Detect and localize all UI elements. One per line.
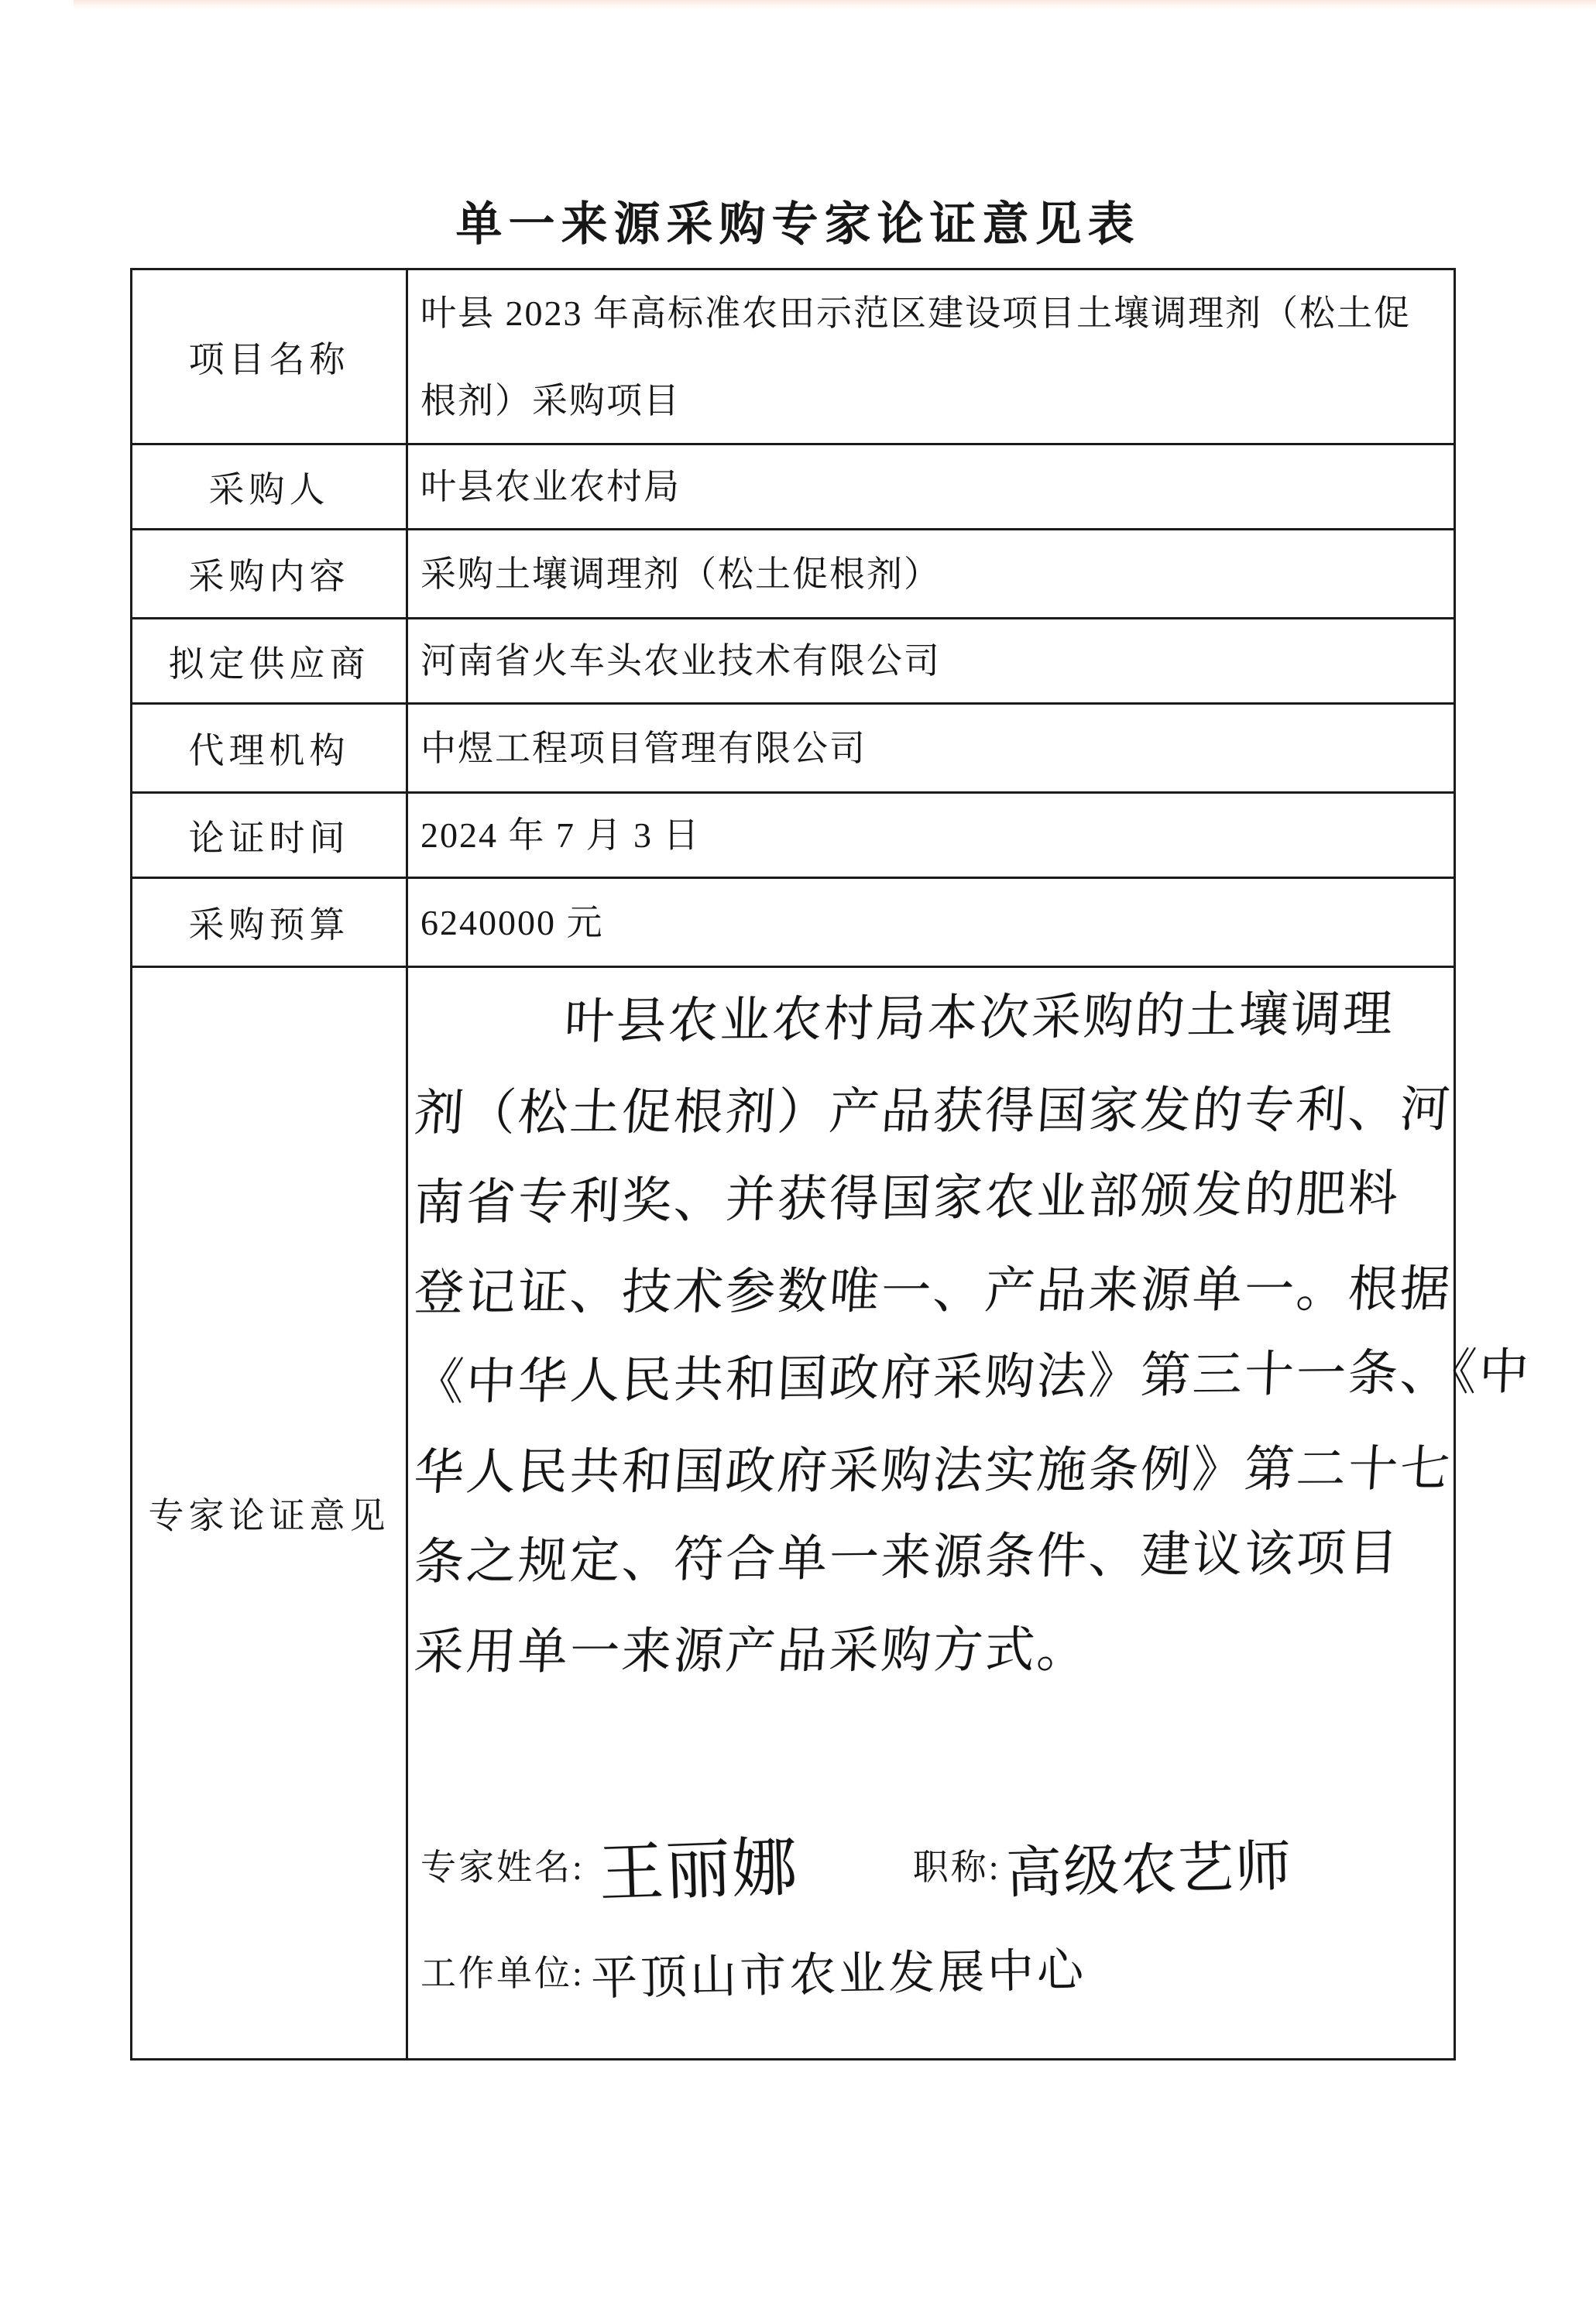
table-row-agency: 代理机构 中煜工程项目管理有限公司 — [132, 705, 1454, 794]
table-row-proposed-supplier: 拟定供应商 河南省火车头农业技术有限公司 — [132, 619, 1454, 705]
handwriting-line: 华人民共和国政府采购法实施条例》第二十七 — [411, 1424, 1483, 1518]
purchaser-value: 叶县农业农村局 — [420, 443, 1446, 530]
row-value: 6240000 元 — [408, 879, 1454, 966]
scanned-document-page: 单一来源采购专家论证意见表 项目名称 叶县 2023 年高标准农田示范区建设项目… — [0, 0, 1596, 2323]
signature-row-name-title: 专家姓名: 王丽娜 职称: 高级农艺师 — [420, 1818, 1292, 1911]
row-value: 河南省火车头农业技术有限公司 — [408, 619, 1454, 702]
row-label: 采购人 — [132, 445, 408, 528]
project-name-line-2: 根剂）采购项目 — [420, 357, 1446, 444]
handwriting-line: 采用单一来源产品采购方式。 — [411, 1604, 1483, 1697]
expert-opinion-cell: 叶县农业农村局本次采购的土壤调理 剂（松土促根剂）产品获得国家发的专利、河 南省… — [408, 968, 1454, 2058]
row-value: 叶县农业农村局 — [408, 445, 1454, 528]
handwritten-opinion-text: 叶县农业农村局本次采购的土壤调理 剂（松土促根剂）产品获得国家发的专利、河 南省… — [414, 979, 1480, 1697]
work-unit-handwritten: 平顶山市农业发展中心 — [590, 1933, 1086, 2008]
job-title-label: 职称: — [913, 1839, 1001, 1890]
row-value: 2024 年 7 月 3 日 — [408, 794, 1454, 877]
row-label: 论证时间 — [132, 794, 408, 877]
expert-name-signature: 王丽娜 — [597, 1814, 800, 1915]
proposed-supplier-value: 河南省火车头农业技术有限公司 — [420, 617, 1446, 705]
opinion-form-table: 项目名称 叶县 2023 年高标准农田示范区建设项目土壤调理剂（松土促 根剂）采… — [130, 268, 1456, 2061]
table-row-project-name: 项目名称 叶县 2023 年高标准农田示范区建设项目土壤调理剂（松土促 根剂）采… — [132, 270, 1454, 445]
row-label: 代理机构 — [132, 705, 408, 791]
row-label: 采购预算 — [132, 879, 408, 966]
table-row-expert-opinion: 专家论证意见 叶县农业农村局本次采购的土壤调理 剂（松土促根剂）产品获得国家发的… — [132, 968, 1454, 2058]
row-label: 拟定供应商 — [132, 619, 408, 702]
row-value: 采购土壤调理剂（松土促根剂） — [408, 530, 1454, 617]
handwriting-line: 南省专利奖、并获得国家农业部颁发的肥料 — [413, 1148, 1482, 1248]
handwriting-line: 叶县农业农村局本次采购的土壤调理 — [413, 969, 1482, 1069]
row-label: 采购内容 — [132, 530, 408, 617]
work-unit-label: 工作单位: — [420, 1945, 585, 1996]
handwriting-line: 登记证、技术参数唯一、产品来源单一。根据 — [411, 1244, 1483, 1338]
procurement-content-value: 采购土壤调理剂（松土促根剂） — [420, 530, 1446, 618]
handwriting-line: 《中华人民共和国政府采购法》第三十一条、《中 — [413, 1328, 1482, 1428]
agency-value: 中煜工程项目管理有限公司 — [420, 705, 1446, 792]
table-row-procurement-content: 采购内容 采购土壤调理剂（松土促根剂） — [132, 530, 1454, 619]
scan-edge-artifact — [74, 0, 1596, 9]
row-label: 项目名称 — [132, 270, 408, 443]
page-title: 单一来源采购专家论证意见表 — [0, 187, 1596, 254]
row-value: 叶县 2023 年高标准农田示范区建设项目土壤调理剂（松土促 根剂）采购项目 — [408, 270, 1454, 443]
handwriting-line: 条之规定、符合单一来源条件、建议该项目 — [413, 1508, 1482, 1608]
budget-value: 6240000 元 — [420, 879, 1446, 966]
row-label: 专家论证意见 — [132, 968, 408, 2058]
signature-row-organization: 工作单位: 平顶山市农业发展中心 — [420, 1928, 1086, 2013]
job-title-handwritten: 高级农艺师 — [1004, 1820, 1293, 1909]
table-row-demonstration-time: 论证时间 2024 年 7 月 3 日 — [132, 794, 1454, 879]
expert-name-label: 专家姓名: — [420, 1839, 585, 1890]
handwriting-line: 剂（松土促根剂）产品获得国家发的专利、河 — [411, 1065, 1483, 1158]
table-row-purchaser: 采购人 叶县农业农村局 — [132, 445, 1454, 530]
demonstration-time-value: 2024 年 7 月 3 日 — [420, 791, 1446, 879]
row-value: 中煜工程项目管理有限公司 — [408, 705, 1454, 791]
table-row-budget: 采购预算 6240000 元 — [132, 879, 1454, 968]
project-name-line-1: 叶县 2023 年高标准农田示范区建设项目土壤调理剂（松土促 — [420, 269, 1446, 357]
